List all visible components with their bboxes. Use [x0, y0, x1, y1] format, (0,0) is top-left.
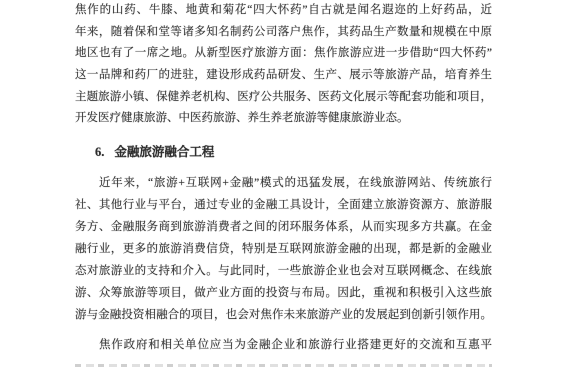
text-line: 焦作政府和相关单位应当为金融企业和旅游行业搭建更好的交流和互惠平 [75, 334, 492, 356]
document-page: 焦作的山药、牛膝、地黄和菊花“四大怀药”自古就是闻名遐迩的上好药品，近 年来，随… [0, 0, 570, 360]
section-heading-number: 6. [95, 145, 104, 159]
text-line: 这一品牌和药厂的进驻，建设形成药品研发、生产、展示等旅游产品，培育养生 [75, 65, 492, 87]
text-line: 社、其他行业与平台，通过专业的金融工具设计，全面建立旅游资源方、旅游服 [75, 194, 492, 216]
text-line: 务方、金融服务商到旅游消费者之间的闭环服务体系，从而实现多方共赢。在金 [75, 216, 492, 238]
text-line: 融行业，更多的旅游消费信贷，特别是互联网旅游金融的出现，都是新的金融业 [75, 238, 492, 260]
text-line: 游、众筹旅游等项目，做产业方面的投资与布局。因此，重视和积极引入这些旅 [75, 282, 492, 304]
text-block: 焦作的山药、牛膝、地黄和菊花“四大怀药”自古就是闻名遐迩的上好药品，近 年来，随… [75, 0, 492, 360]
text-line: 游与金融投资相融合的项目，也会对焦作未来旅游产业的发展起到创新引领作用。 [75, 304, 492, 326]
section-heading: 6.金融旅游融合工程 [75, 143, 492, 161]
text-line: 年来，随着保和堂等诸多知名制药公司落户焦作，其药品生产数量和规模在中原 [75, 22, 492, 44]
text-line: 地区也有了一席之地。从新型医疗旅游方面：焦作旅游应进一步借助“四大怀药” [75, 43, 492, 65]
paragraph-finance-tourism: 近年来，“旅游+互联网+金融”模式的迅猛发展，在线旅游网站、传统旅行 社、其他行… [75, 172, 492, 326]
text-line: 态对旅游业的支持和介入。与此同时，一些旅游企业也会对互联网概念、在线旅 [75, 260, 492, 282]
text-line: 焦作的山药、牛膝、地黄和菊花“四大怀药”自古就是闻名遐迩的上好药品，近 [75, 0, 492, 22]
text-line: 近年来，“旅游+互联网+金融”模式的迅猛发展，在线旅游网站、传统旅行 [75, 172, 492, 194]
text-line: 开发医疗健康旅游、中医药旅游、养生养老旅游等健康旅游业态。 [75, 108, 492, 130]
paragraph-medical-tourism: 焦作的山药、牛膝、地黄和菊花“四大怀药”自古就是闻名遐迩的上好药品，近 年来，随… [75, 0, 492, 130]
text-line: 主题旅游小镇、保健养老机构、医疗公共服务、医药文化展示等配套功能和项目， [75, 87, 492, 109]
section-heading-title: 金融旅游融合工程 [114, 145, 214, 159]
paragraph-government-platform: 焦作政府和相关单位应当为金融企业和旅游行业搭建更好的交流和互惠平 [75, 334, 492, 356]
